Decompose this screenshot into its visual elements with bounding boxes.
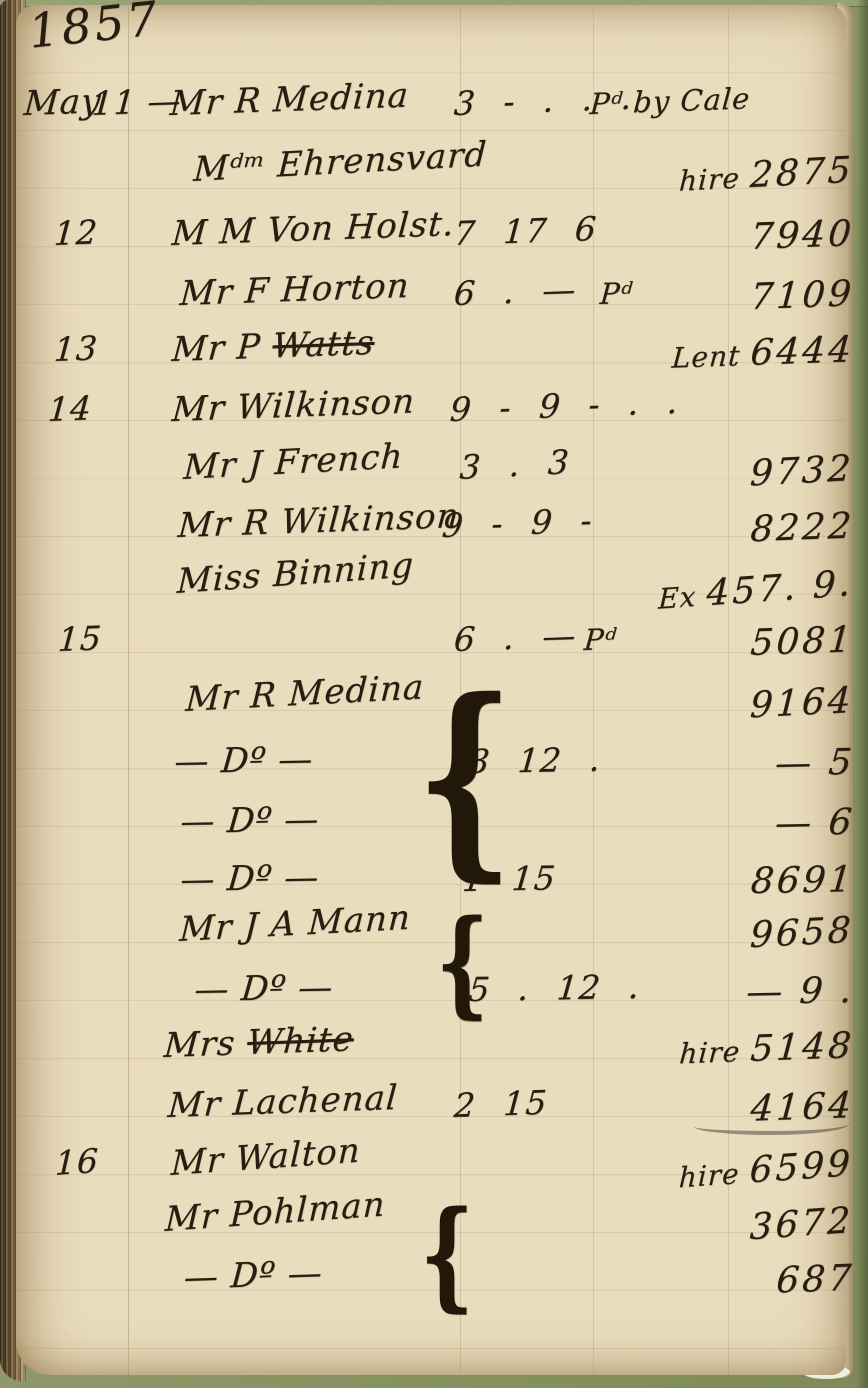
entry-serial-group: — 9 . <box>588 961 868 1025</box>
entry-name-text: Mr F Horton <box>179 266 411 314</box>
ledger-entry-row: — Dº —3 12 .— 5 <box>16 733 846 791</box>
entry-amount: 3 . 3 <box>458 433 571 497</box>
entry-amount: 2 15 <box>452 1074 549 1135</box>
entry-amount: 9 - 9 - . . <box>448 373 681 439</box>
ledger-entry-row: — Dº —5 . 12 .— 9 . <box>16 961 846 1019</box>
entry-day: 13 <box>52 319 100 379</box>
ledger-entry-row: Mr R Wilkinson9 - 9 -8222 <box>16 497 846 555</box>
entry-serial-prefix: hire <box>678 149 742 210</box>
ledger-entry-row: — Dº —— 6 <box>16 793 846 851</box>
entry-name: Mr R Medina <box>184 658 426 729</box>
entry-name-text: Mᵈᵐ Ehrensvard <box>192 134 488 190</box>
entry-day: 12 <box>52 203 100 263</box>
entry-serial-group: hire5148 <box>588 1017 864 1085</box>
entry-name: Mr J French <box>182 427 405 497</box>
entry-serial-number: 687 <box>774 1250 856 1311</box>
entry-serial-number: 6444 <box>748 321 856 383</box>
ledger-entry-row: Mrs Whitehire5148 <box>16 1017 846 1075</box>
entry-serial-prefix: Lent <box>670 327 742 388</box>
entry-name-text: Mr Pohlman <box>164 1184 386 1240</box>
entry-serial-number: 7940 <box>748 205 856 267</box>
entry-serial-number: — 5 <box>773 734 857 793</box>
ledger-entry-row: Miss BinningEx457. 9. <box>16 553 846 611</box>
entry-serial-number: — 6 <box>773 794 857 853</box>
ledger-entry-row: 14Mr Wilkinson9 - 9 - . . <box>16 381 846 439</box>
entry-day: 16 <box>54 1132 100 1193</box>
ledger-entry-row: Mᵈᵐ Ehrensvardhire2875 <box>16 141 846 199</box>
entry-serial-prefix: hire <box>677 1023 742 1083</box>
entry-amount: 3 12 . <box>466 731 604 791</box>
entry-name-text: Mr Walton <box>170 1131 361 1184</box>
ledger-entry-row: May11 —Mr R Medina3 - . . .Pᵈ by Cale <box>16 75 846 133</box>
entry-name-struck-text: White <box>246 1019 355 1063</box>
entry-serial-group: — 5 <box>588 733 868 797</box>
entry-name: Mr R Medina <box>168 66 411 133</box>
entry-name-text: Mr Lachenal <box>167 1078 399 1126</box>
entry-serial-number: 9164 <box>749 672 856 736</box>
entry-serial-number: — 9 . <box>744 962 857 1022</box>
entry-name-text: Mr R Wilkinson <box>177 496 461 546</box>
entry-amount: 6 . — <box>452 261 578 323</box>
entry-name-text: — Dº — <box>183 1253 325 1298</box>
entry-name-text: Mrs <box>163 1023 249 1066</box>
entry-serial-number: 9658 <box>749 902 856 966</box>
ledger-entry-row: Mr Pohlman3672 <box>16 1191 846 1249</box>
entry-serial-group: 5081 <box>588 611 866 679</box>
entry-serial-group: hire2875 <box>588 141 868 214</box>
entry-name-text: M M Von Holst. <box>171 204 456 254</box>
entry-serial-number: 8222 <box>748 497 856 559</box>
entry-name-text: Mr Wilkinson <box>171 381 417 430</box>
ledger-entry-row: Mr Lachenal2 154164 <box>16 1077 846 1135</box>
entry-payment-note: Pᵈ by Cale <box>588 69 752 133</box>
ledger-entry-row: Mr J A Mann9658 <box>16 901 846 959</box>
entry-serial-group: 687 <box>588 1249 868 1317</box>
ledger-photo: { "ledger": { "year": "1857", "month": "… <box>0 0 868 1388</box>
entry-amount: 6 . — <box>452 607 578 669</box>
ledger-entry-row: 13Mr P WattsLent6444 <box>16 321 846 379</box>
entry-name-text: Miss Binning <box>176 545 414 602</box>
entry-name: — Dº — <box>178 790 322 851</box>
ledger-entry-row: Mr R Medina9164 <box>16 671 846 729</box>
ledger-entry-row: 12M M Von Holst.7 17 67940 <box>16 205 846 263</box>
entry-serial-number: 3672 <box>749 1192 854 1258</box>
entry-name-text: Mr R Medina <box>184 667 425 720</box>
entry-name-text: Mr P <box>171 326 274 370</box>
ledger-entry-row: Mr F Horton6 . —Pᵈ7109 <box>16 265 846 323</box>
entry-serial-number: 5148 <box>748 1017 856 1079</box>
ledger-entry-row: 16Mr Waltonhire6599 <box>16 1135 846 1193</box>
entry-name: M M Von Holst. <box>170 195 457 263</box>
entry-name-text: — Dº — <box>179 799 321 841</box>
entry-amount: 9 - 9 - <box>440 492 595 555</box>
entry-amount: 7 17 6 <box>452 200 599 263</box>
entry-name: Mr P Watts <box>170 314 377 379</box>
entry-name-struck-text: Watts <box>271 323 376 367</box>
entry-serial-number: 5081 <box>748 611 856 673</box>
entry-name-text: — Dº — <box>173 739 315 781</box>
entry-serial-number: 2875 <box>749 141 856 205</box>
entry-serial-group: 7940 <box>588 205 864 273</box>
entry-name: — Dº — <box>182 1244 325 1307</box>
entry-name-text: Mr J A Mann <box>178 898 411 950</box>
entry-name: Mr Lachenal <box>166 1069 400 1135</box>
entry-name-text: Mr R Medina <box>169 76 411 124</box>
entry-name-text: Mr J French <box>182 436 404 488</box>
entry-name: — Dº — <box>172 730 316 791</box>
entry-serial-group: — 6 <box>588 793 868 857</box>
entry-name-text: — Dº — <box>193 967 335 1009</box>
ledger-page: 1857 May11 —Mr R Medina3 - . . .Pᵈ by Ca… <box>16 5 846 1375</box>
ledger-entry-row: — Dº —687 <box>16 1249 846 1307</box>
entry-name: — Dº — <box>192 958 336 1019</box>
ledger-entry-row: 156 . —Pᵈ5081 <box>16 611 846 669</box>
entry-day: 15 <box>56 609 104 669</box>
entry-serial-number: 9732 <box>749 440 856 504</box>
entry-name: Mr J A Mann <box>178 889 412 959</box>
entry-name: Mrs White <box>162 1010 356 1075</box>
page-year: 1857 <box>26 0 163 60</box>
entry-name: Mᵈᵐ Ehrensvard <box>192 125 489 199</box>
entry-day: 14 <box>46 379 94 439</box>
entry-serial-number: 7109 <box>748 265 856 327</box>
